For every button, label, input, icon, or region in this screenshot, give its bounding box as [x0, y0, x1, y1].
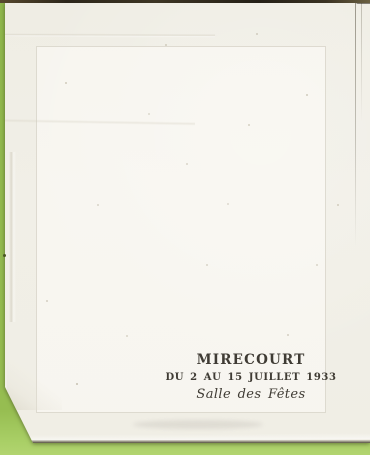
- cover-speck: [3, 254, 6, 257]
- paper-page: MIRECOURT DU 2 AU 15 JUILLET 1933 Salle …: [5, 2, 370, 443]
- paper-crease-top: [5, 26, 215, 44]
- page-bottom-shadow: [25, 440, 370, 443]
- under-sheet-edge-line-2: [361, 2, 362, 122]
- scanned-booklet-cover: MIRECOURT DU 2 AU 15 JUILLET 1933 Salle …: [0, 0, 370, 455]
- under-sheet-edge-line: [355, 2, 356, 247]
- paper-page-wrap: MIRECOURT DU 2 AU 15 JUILLET 1933 Salle …: [5, 2, 370, 443]
- event-dates: DU 2 AU 15 JUILLET 1933: [150, 371, 352, 384]
- scanner-edge-shadow: [0, 0, 370, 3]
- paper-fold-left: [9, 152, 16, 322]
- town-title: MIRECOURT: [150, 352, 352, 368]
- cover-text-block: MIRECOURT DU 2 AU 15 JUILLET 1933 Salle …: [150, 352, 352, 402]
- paper-crease-corner: [7, 360, 62, 410]
- ink-showthrough-smudge: [133, 420, 263, 429]
- venue-name: Salle des Fêtes: [150, 387, 352, 402]
